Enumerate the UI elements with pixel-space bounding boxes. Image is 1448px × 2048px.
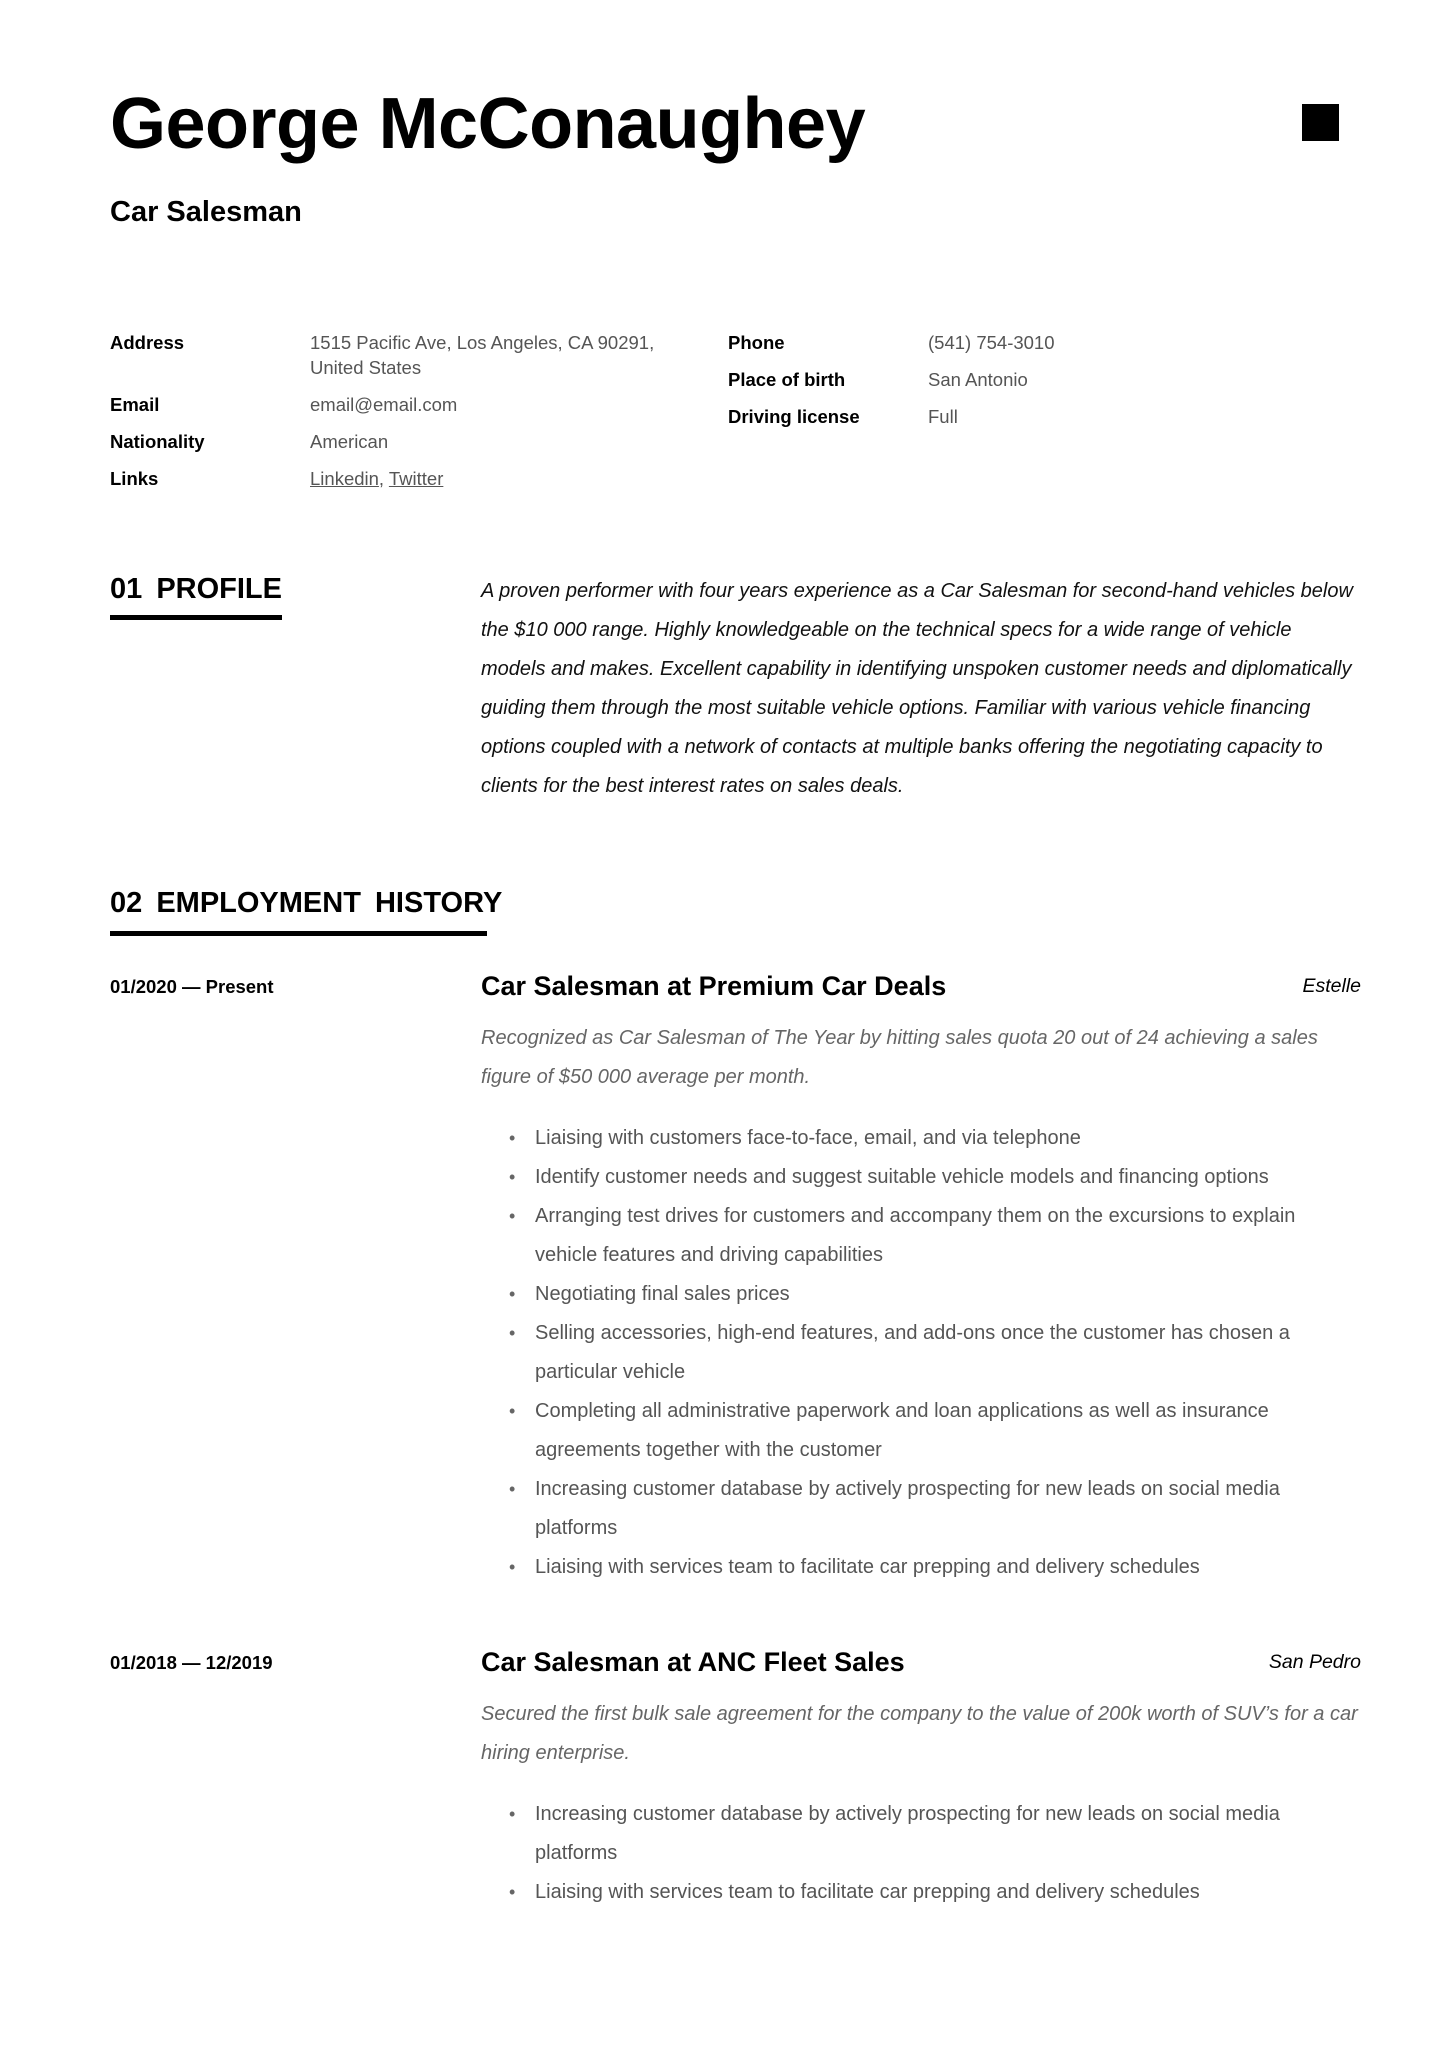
job-dates: 01/2020 — Present	[110, 975, 274, 999]
job-summary: Recognized as Car Salesman of The Year b…	[481, 1019, 1361, 1097]
candidate-name: George McConaughey	[110, 78, 865, 170]
detail-label: Email	[110, 392, 310, 417]
black-square-icon	[1302, 104, 1339, 141]
detail-row-address: Address 1515 Pacific Ave, Los Angeles, C…	[110, 330, 680, 380]
list-item: Identify customer needs and suggest suit…	[481, 1158, 1361, 1197]
list-item: Increasing customer database by actively…	[481, 1795, 1361, 1873]
list-item: Negotiating final sales prices	[481, 1275, 1361, 1314]
list-item: Arranging test drives for customers and …	[481, 1197, 1361, 1275]
profile-summary: A proven performer with four years exper…	[481, 572, 1361, 806]
link-separator: ,	[379, 468, 389, 489]
detail-label: Place of birth	[728, 367, 928, 392]
detail-value: 1515 Pacific Ave, Los Angeles, CA 90291,…	[310, 330, 680, 380]
candidate-job-title: Car Salesman	[110, 194, 302, 230]
linkedin-link[interactable]: Linkedin	[310, 468, 379, 489]
profile-heading-underline	[110, 615, 282, 620]
detail-row-nationality: Nationality American	[110, 429, 680, 454]
job-responsibilities: Liaising with customers face-to-face, em…	[481, 1119, 1361, 1587]
detail-value: Full	[928, 404, 1288, 429]
list-item: Increasing customer database by actively…	[481, 1470, 1361, 1548]
list-item: Selling accessories, high-end features, …	[481, 1314, 1361, 1392]
detail-label: Driving license	[728, 404, 928, 429]
profile-heading: 01 PROFILE	[110, 571, 282, 607]
list-item: Liaising with customers face-to-face, em…	[481, 1119, 1361, 1158]
personal-details-right: Phone (541) 754-3010 Place of birth San …	[728, 330, 1288, 441]
detail-value: San Antonio	[928, 367, 1288, 392]
employment-heading-underline	[110, 931, 487, 936]
personal-details-left: Address 1515 Pacific Ave, Los Angeles, C…	[110, 330, 680, 503]
list-item: Liaising with services team to facilitat…	[481, 1873, 1361, 1912]
job-position: Car Salesman at ANC Fleet Sales	[481, 1645, 905, 1679]
detail-label: Address	[110, 330, 310, 380]
job-responsibilities: Increasing customer database by actively…	[481, 1795, 1361, 1912]
job-dates: 01/2018 — 12/2019	[110, 1651, 273, 1675]
detail-label: Links	[110, 466, 310, 491]
detail-value: American	[310, 429, 680, 454]
detail-value: email@email.com	[310, 392, 680, 417]
detail-row-driving-license: Driving license Full	[728, 404, 1288, 429]
job-summary: Secured the first bulk sale agreement fo…	[481, 1695, 1361, 1773]
links-list: Linkedin, Twitter	[310, 466, 680, 491]
job-location: Estelle	[1302, 973, 1361, 999]
detail-row-links: Links Linkedin, Twitter	[110, 466, 680, 491]
twitter-link[interactable]: Twitter	[389, 468, 443, 489]
detail-row-email: Email email@email.com	[110, 392, 680, 417]
detail-row-phone: Phone (541) 754-3010	[728, 330, 1288, 355]
list-item: Completing all administrative paperwork …	[481, 1392, 1361, 1470]
detail-label: Phone	[728, 330, 928, 355]
job-location: San Pedro	[1269, 1649, 1361, 1675]
detail-label: Nationality	[110, 429, 310, 454]
detail-row-place-of-birth: Place of birth San Antonio	[728, 367, 1288, 392]
job-position: Car Salesman at Premium Car Deals	[481, 969, 946, 1003]
detail-value: (541) 754-3010	[928, 330, 1288, 355]
employment-heading: 02 EMPLOYMENT HISTORY	[110, 885, 502, 921]
list-item: Liaising with services team to facilitat…	[481, 1548, 1361, 1587]
